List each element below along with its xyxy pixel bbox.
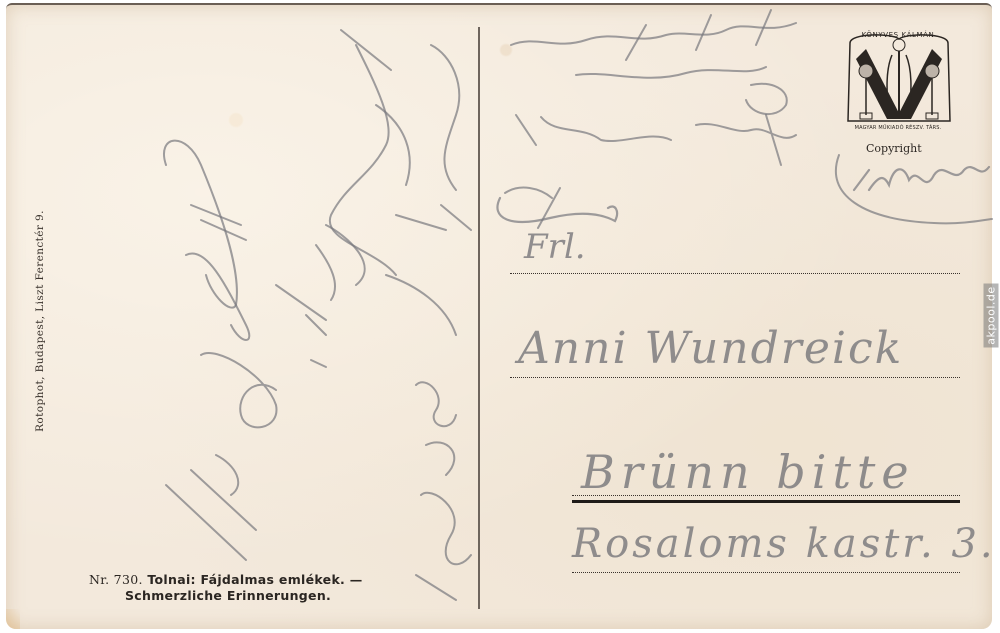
logo-top-text: KÖNYVES KÁLMÁN xyxy=(842,31,954,39)
caption-title-de: Schmerzliche Erinnerungen. xyxy=(89,588,363,604)
handwritten-message-upside-down xyxy=(496,5,826,175)
postcard-back: Rotophot, Budapest, Liszt Ferenctér 9. N… xyxy=(6,3,992,629)
caption: Nr. 730. Tolnai: Fájdalmas emlékek. — Sc… xyxy=(89,572,363,604)
konyves-kalman-emblem-icon xyxy=(842,29,956,133)
watermark: akpool.de xyxy=(984,284,999,348)
address-salutation: Frl. xyxy=(524,227,586,267)
handwritten-message-left xyxy=(146,15,486,605)
address-city: Brünn bitte xyxy=(581,445,915,499)
logo-bottom-text: MAGYAR MŰKIADÓ RÉSZV. TÁRS. xyxy=(842,125,954,131)
caption-title-hu: Tolnai: Fájdalmas emlékek. — xyxy=(147,572,362,587)
publisher-logo: KÖNYVES KÁLMÁN MAGYAR MŰKIADÓ RÉSZV. TÁR… xyxy=(842,29,962,149)
address-street: Rosaloms kastr. 3. xyxy=(572,521,996,567)
address-city-underline xyxy=(572,500,960,503)
address-line-4 xyxy=(572,572,960,573)
address-name: Anni Wundreick xyxy=(518,323,903,374)
printer-imprint: Rotophot, Budapest, Liszt Ferenctér 9. xyxy=(34,191,46,451)
address-line-2 xyxy=(510,377,960,378)
caption-number: Nr. 730. xyxy=(89,572,143,587)
oval-handwritten-stamp xyxy=(824,145,994,235)
